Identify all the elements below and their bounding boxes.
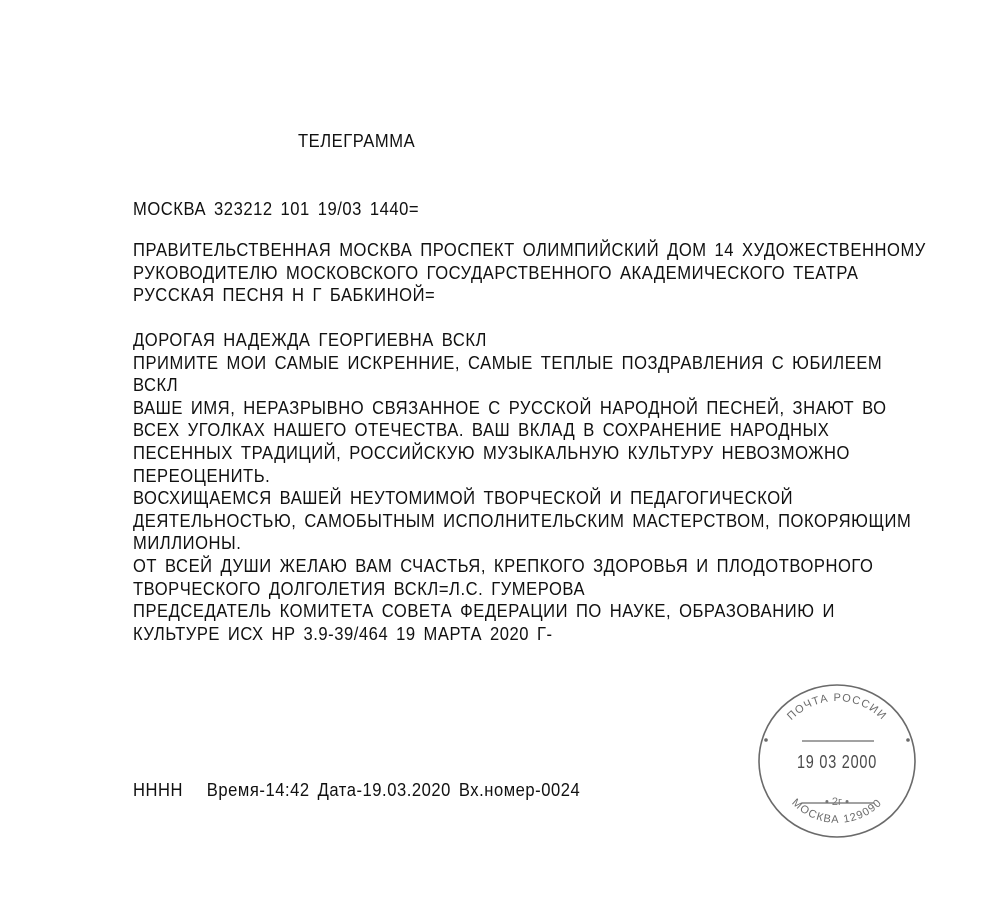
document-title: ТЕЛЕГРАММА [298,130,415,153]
footer-date: Дата-19.03.2020 [318,780,451,800]
telegram-page: ТЕЛЕГРАММА МОСКВА 323212 101 19/03 1440=… [0,0,1000,905]
message-line: ВАШЕ ИМЯ, НЕРАЗРЫВНО СВЯЗАННОЕ С РУССКОЙ… [133,397,911,420]
address-line: ПРАВИТЕЛЬСТВЕННАЯ МОСКВА ПРОСПЕКТ ОЛИМПИ… [133,239,926,262]
message-block: ДОРОГАЯ НАДЕЖДА ГЕОРГИЕВНА ВСКЛ ПРИМИТЕ … [133,329,911,645]
message-line: КУЛЬТУРЕ ИСХ НР 3.9-39/464 19 МАРТА 2020… [133,623,911,646]
address-line: РУКОВОДИТЕЛЮ МОСКОВСКОГО ГОСУДАРСТВЕННОГ… [133,262,926,285]
end-marker: НННН [133,780,183,800]
stamp-top-text: ПОЧТА РОССИИ [785,692,889,723]
footer-incoming-number: Вх.номер-0024 [459,780,580,800]
stamp-branch: • 2г • [752,796,922,808]
message-line: МИЛЛИОНЫ. [133,532,911,555]
footer-line: НННН Время-14:42 Дата-19.03.2020 Вх.номе… [133,779,580,802]
message-line: ВСЕХ УГОЛКАХ НАШЕГО ОТЕЧЕСТВА. ВАШ ВКЛАД… [133,419,911,442]
message-line: ДОРОГАЯ НАДЕЖДА ГЕОРГИЕВНА ВСКЛ [133,329,911,352]
message-line: ДЕЯТЕЛЬНОСТЬЮ, САМОБЫТНЫМ ИСПОЛНИТЕЛЬСКИ… [133,510,911,533]
message-line: ПЕСЕННЫХ ТРАДИЦИЙ, РОССИЙСКУЮ МУЗЫКАЛЬНУ… [133,442,911,465]
message-line: ВОСХИЩАЕМСЯ ВАШЕЙ НЕУТОМИМОЙ ТВОРЧЕСКОЙ … [133,487,911,510]
stamp-date: 19 03 2000 [769,752,905,773]
address-block: ПРАВИТЕЛЬСТВЕННАЯ МОСКВА ПРОСПЕКТ ОЛИМПИ… [133,239,926,307]
message-line: ПРИМИТЕ МОИ САМЫЕ ИСКРЕННИЕ, САМЫЕ ТЕПЛЫ… [133,352,911,375]
address-line: РУССКАЯ ПЕСНЯ Н Г БАБКИНОЙ= [133,284,926,307]
telegram-header-line: МОСКВА 323212 101 19/03 1440= [133,198,419,221]
message-line: ПРЕДСЕДАТЕЛЬ КОМИТЕТА СОВЕТА ФЕДЕРАЦИИ П… [133,600,911,623]
postal-stamp: ПОЧТА РОССИИ МОСКВА 129090 19 03 2000 • … [752,680,922,842]
svg-text:ПОЧТА РОССИИ: ПОЧТА РОССИИ [785,692,889,723]
message-line: ОТ ВСЕЙ ДУШИ ЖЕЛАЮ ВАМ СЧАСТЬЯ, КРЕПКОГО… [133,555,911,578]
message-line: ПЕРЕОЦЕНИТЬ. [133,465,911,488]
footer-time: Время-14:42 [207,780,310,800]
message-line: ТВОРЧЕСКОГО ДОЛГОЛЕТИЯ ВСКЛ=Л.С. ГУМЕРОВ… [133,578,911,601]
message-line: ВСКЛ [133,374,911,397]
